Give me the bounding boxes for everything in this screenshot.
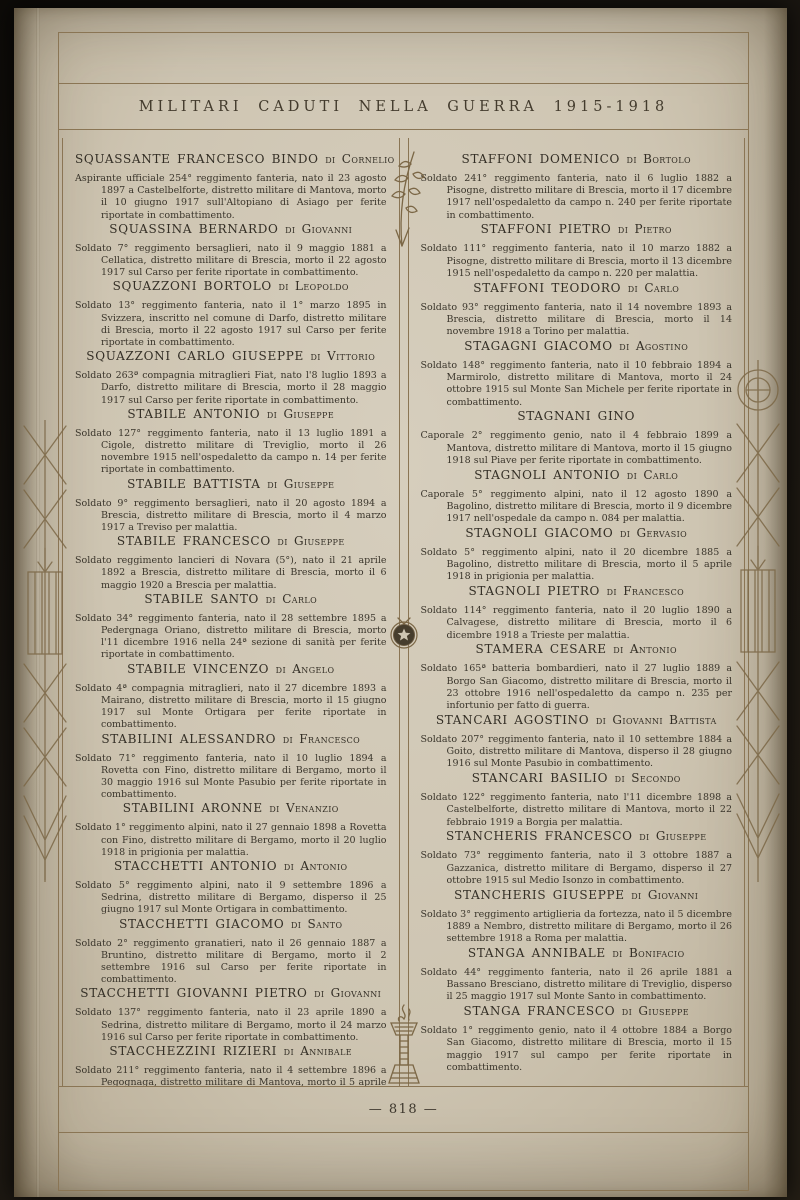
soldier-name-heading: STANCARI AGOSTINO di Giovanni Battista xyxy=(421,713,733,727)
soldier-description: Soldato reggimento lancieri di Novara (5… xyxy=(75,555,387,592)
soldier-entry: STACCHETTI GIOVANNI PIETRO di GiovanniSo… xyxy=(75,986,387,1044)
soldier-patronymic: di Gervasio xyxy=(620,526,687,540)
soldier-name: STANGA FRANCESCO xyxy=(464,1004,616,1018)
soldier-description: Soldato 1° reggimento alpini, nato il 27… xyxy=(75,822,387,859)
soldier-description: Soldato 1° reggimento genio, nato il 4 o… xyxy=(421,1025,733,1074)
soldier-name-heading: STAGNOLI GIACOMO di Gervasio xyxy=(421,526,733,540)
soldier-description: Caporale 5° reggimento alpini, nato il 1… xyxy=(421,489,733,526)
soldier-name-heading: SQUASSANTE FRANCESCO BINDO di Cornelio xyxy=(75,152,387,166)
page-crease xyxy=(36,8,40,1197)
soldier-description: Soldato 7° reggimento bersaglieri, nato … xyxy=(75,243,387,280)
soldier-name-heading: STACCHETTI GIOVANNI PIETRO di Giovanni xyxy=(75,986,387,1000)
soldier-name-heading: STACCHETTI GIACOMO di Santo xyxy=(75,917,387,931)
soldier-name: STAMERA CESARE xyxy=(476,642,607,656)
soldier-description: Soldato 5° reggimento alpini, nato il 9 … xyxy=(75,880,387,917)
soldier-description: Soldato 263ª compagnia mitraglieri Fiat,… xyxy=(75,370,387,407)
soldier-patronymic: di Antonio xyxy=(284,859,348,873)
soldier-entry: SQUASSINA BERNARDO di GiovanniSoldato 7°… xyxy=(75,222,387,280)
soldier-name: STACCHETTI GIACOMO xyxy=(119,917,284,931)
soldier-description: Soldato 241° reggimento fanteria, nato i… xyxy=(421,173,733,222)
soldier-entry: STACCHEZZINI RIZIERI di AnnibaleSoldato … xyxy=(75,1044,387,1086)
soldier-patronymic: di Vittorio xyxy=(310,349,375,363)
soldier-description: Soldato 4ª compagnia mitraglieri, nato i… xyxy=(75,683,387,732)
soldier-entry: STANCARI BASILIO di SecondoSoldato 122° … xyxy=(421,771,733,829)
soldier-entry: STAFFONI PIETRO di PietroSoldato 111° re… xyxy=(421,222,733,280)
soldier-name: SQUAZZONI CARLO GIUSEPPE xyxy=(86,349,304,363)
page-number: — 818 — xyxy=(369,1102,439,1117)
soldier-description: Soldato 114° reggimento fanteria, nato i… xyxy=(421,605,733,642)
soldier-entry: STANCHERIS FRANCESCO di GiuseppeSoldato … xyxy=(421,829,733,887)
soldier-name-heading: STACCHETTI ANTONIO di Antonio xyxy=(75,859,387,873)
soldier-entry: STAGNOLI GIACOMO di GervasioSoldato 5° r… xyxy=(421,526,733,584)
soldier-patronymic: di Giuseppe xyxy=(267,477,334,491)
soldier-entry: STACCHETTI GIACOMO di SantoSoldato 2° re… xyxy=(75,917,387,987)
soldier-entry: STABILE VINCENZO di AngeloSoldato 4ª com… xyxy=(75,662,387,732)
soldier-name: STANCHERIS GIUSEPPE xyxy=(454,888,625,902)
soldier-name: STAGNOLI PIETRO xyxy=(468,584,600,598)
soldier-entry: STAGAGNI GIACOMO di AgostinoSoldato 148°… xyxy=(421,339,733,409)
soldier-name: STANCARI AGOSTINO xyxy=(436,713,589,727)
soldier-patronymic: di Bortolo xyxy=(627,152,691,166)
soldier-description: Soldato 5° reggimento alpini, nato il 20… xyxy=(421,547,733,584)
soldier-name: STAFFONI TEODORO xyxy=(473,281,621,295)
page-footer: — 818 — xyxy=(58,1086,749,1133)
main-content-inner: SQUASSANTE FRANCESCO BINDO di CornelioAs… xyxy=(62,138,745,1086)
soldier-patronymic: di Giovanni xyxy=(631,888,698,902)
soldier-entry: STABILE SANTO di CarloSoldato 34° reggim… xyxy=(75,592,387,662)
soldier-name: STAGNOLI ANTONIO xyxy=(474,468,620,482)
soldier-description: Soldato 71° reggimento fanteria, nato il… xyxy=(75,753,387,802)
soldier-patronymic: di Giuseppe xyxy=(277,534,344,548)
soldier-description: Soldato 73° reggimento fanteria, nato il… xyxy=(421,850,733,887)
soldier-name: STABILE SANTO xyxy=(144,592,259,606)
book-page: MILITARI CADUTI NELLA GUERRA 1915-1918 S… xyxy=(14,8,787,1197)
soldier-name: STAFFONI DOMENICO xyxy=(462,152,620,166)
soldier-entry: STABILINI ARONNE di VenanzioSoldato 1° r… xyxy=(75,801,387,859)
left-column: SQUASSANTE FRANCESCO BINDO di CornelioAs… xyxy=(63,138,399,1086)
soldier-name-heading: STACCHEZZINI RIZIERI di Annibale xyxy=(75,1044,387,1058)
soldier-name-heading: SQUAZZONI CARLO GIUSEPPE di Vittorio xyxy=(75,349,387,363)
soldier-patronymic: di Secondo xyxy=(615,771,681,785)
soldier-patronymic: di Antonio xyxy=(613,642,677,656)
page-header: MILITARI CADUTI NELLA GUERRA 1915-1918 xyxy=(58,83,749,130)
soldier-description: Soldato 165ª batteria bombardieri, nato … xyxy=(421,663,733,712)
soldier-name-heading: STANGA ANNIBALE di Bonifacio xyxy=(421,946,733,960)
soldier-patronymic: di Giovanni Battista xyxy=(596,713,717,727)
soldier-name: STAFFONI PIETRO xyxy=(481,222,612,236)
soldier-name: STABILE BATTISTA xyxy=(127,477,261,491)
soldier-patronymic: di Carlo xyxy=(266,592,317,606)
soldier-description: Soldato 111° reggimento fanteria, nato i… xyxy=(421,243,733,280)
soldier-description: Soldato 2° reggimento granatieri, nato i… xyxy=(75,938,387,987)
soldier-name-heading: SQUAZZONI BORTOLO di Leopoldo xyxy=(75,279,387,293)
column-divider-rule xyxy=(399,138,409,1086)
soldier-name-heading: STAGNOLI ANTONIO di Carlo xyxy=(421,468,733,482)
soldier-patronymic: di Venanzio xyxy=(269,801,338,815)
soldier-name-heading: STABILINI ARONNE di Venanzio xyxy=(75,801,387,815)
soldier-description: Soldato 211° reggimento fanteria, nato i… xyxy=(75,1065,387,1086)
soldier-entry: STABILE ANTONIO di GiuseppeSoldato 127° … xyxy=(75,407,387,477)
soldier-description: Soldato 9° reggimento bersaglieri, nato … xyxy=(75,498,387,535)
soldier-entry: STAGNOLI ANTONIO di CarloCaporale 5° reg… xyxy=(421,468,733,526)
soldier-name-heading: STAMERA CESARE di Antonio xyxy=(421,642,733,656)
soldier-description: Soldato 93° reggimento fanteria, nato il… xyxy=(421,302,733,339)
soldier-name-heading: SQUASSINA BERNARDO di Giovanni xyxy=(75,222,387,236)
soldier-name-heading: STABILE BATTISTA di Giuseppe xyxy=(75,477,387,491)
soldier-entry: STABILINI ALESSANDRO di FrancescoSoldato… xyxy=(75,732,387,802)
soldier-name: STABILE ANTONIO xyxy=(127,407,260,421)
main-content-frame: SQUASSANTE FRANCESCO BINDO di CornelioAs… xyxy=(58,138,749,1087)
soldier-description: Soldato 3° reggimento artiglieria da for… xyxy=(421,909,733,946)
soldier-name: SQUASSINA BERNARDO xyxy=(109,222,278,236)
soldier-name-heading: STANCARI BASILIO di Secondo xyxy=(421,771,733,785)
soldier-name: STAGAGNI GIACOMO xyxy=(464,339,612,353)
soldier-patronymic: di Giovanni xyxy=(314,986,381,1000)
soldier-patronymic: di Bonifacio xyxy=(612,946,684,960)
page-title: MILITARI CADUTI NELLA GUERRA 1915-1918 xyxy=(139,99,669,115)
soldier-description: Caporale 2° reggimento genio, nato il 4 … xyxy=(421,430,733,467)
soldier-entry: STANCHERIS GIUSEPPE di GiovanniSoldato 3… xyxy=(421,888,733,946)
soldier-name: STABILE VINCENZO xyxy=(127,662,269,676)
soldier-name-heading: STABILE VINCENZO di Angelo xyxy=(75,662,387,676)
soldier-description: Aspirante ufficiale 254° reggimento fant… xyxy=(75,173,387,222)
soldier-name-heading: STAFFONI PIETRO di Pietro xyxy=(421,222,733,236)
soldier-name-heading: STAGAGNI GIACOMO di Agostino xyxy=(421,339,733,353)
soldier-patronymic: di Cornelio xyxy=(325,152,394,166)
soldier-description: Soldato 148° reggimento fanteria, nato i… xyxy=(421,360,733,409)
soldier-entry: STAGNANI GINOCaporale 2° reggimento geni… xyxy=(421,409,733,467)
soldier-patronymic: di Giovanni xyxy=(285,222,352,236)
soldier-name-heading: STANCHERIS GIUSEPPE di Giovanni xyxy=(421,888,733,902)
soldier-name-heading: STABILE ANTONIO di Giuseppe xyxy=(75,407,387,421)
soldier-description: Soldato 34° reggimento fanteria, nato il… xyxy=(75,613,387,662)
soldier-patronymic: di Annibale xyxy=(284,1044,352,1058)
soldier-name-heading: STANCHERIS FRANCESCO di Giuseppe xyxy=(421,829,733,843)
soldier-name-heading: STANGA FRANCESCO di Giuseppe xyxy=(421,1004,733,1018)
soldier-entry: SQUASSANTE FRANCESCO BINDO di CornelioAs… xyxy=(75,152,387,222)
soldier-name: STABILE FRANCESCO xyxy=(117,534,271,548)
soldier-entry: STAFFONI TEODORO di CarloSoldato 93° reg… xyxy=(421,281,733,339)
soldier-entry: STAFFONI DOMENICO di BortoloSoldato 241°… xyxy=(421,152,733,222)
soldier-entry: STANGA ANNIBALE di BonifacioSoldato 44° … xyxy=(421,946,733,1004)
soldier-name-heading: STAFFONI DOMENICO di Bortolo xyxy=(421,152,733,166)
soldier-entry: SQUAZZONI BORTOLO di LeopoldoSoldato 13°… xyxy=(75,279,387,349)
soldier-patronymic: di Carlo xyxy=(627,468,678,482)
soldier-name-heading: STAGNANI GINO xyxy=(421,409,733,423)
soldier-patronymic: di Pietro xyxy=(618,222,672,236)
soldier-patronymic: di Francesco xyxy=(607,584,684,598)
soldier-patronymic: di Giuseppe xyxy=(622,1004,689,1018)
soldier-entry: STANGA FRANCESCO di GiuseppeSoldato 1° r… xyxy=(421,1004,733,1074)
soldier-name: SQUAZZONI BORTOLO xyxy=(113,279,272,293)
soldier-name-heading: STAGNOLI PIETRO di Francesco xyxy=(421,584,733,598)
soldier-patronymic: di Agostino xyxy=(619,339,688,353)
soldier-name: STANGA ANNIBALE xyxy=(468,946,606,960)
soldier-name: STAGNOLI GIACOMO xyxy=(465,526,613,540)
soldier-entry: STABILE BATTISTA di GiuseppeSoldato 9° r… xyxy=(75,477,387,535)
soldier-name-heading: STAFFONI TEODORO di Carlo xyxy=(421,281,733,295)
soldier-entry: SQUAZZONI CARLO GIUSEPPE di VittorioSold… xyxy=(75,349,387,407)
soldier-name: STACCHEZZINI RIZIERI xyxy=(109,1044,277,1058)
soldier-patronymic: di Francesco xyxy=(283,732,360,746)
soldier-description: Soldato 122° reggimento fanteria, nato l… xyxy=(421,792,733,829)
soldier-patronymic: di Giuseppe xyxy=(639,829,706,843)
soldier-entry: STABILE FRANCESCO di GiuseppeSoldato reg… xyxy=(75,534,387,592)
soldier-name: STACCHETTI ANTONIO xyxy=(114,859,277,873)
soldier-patronymic: di Leopoldo xyxy=(278,279,348,293)
soldier-patronymic: di Giuseppe xyxy=(267,407,334,421)
soldier-description: Soldato 13° reggimento fanteria, nato il… xyxy=(75,300,387,349)
soldier-entry: STAGNOLI PIETRO di FrancescoSoldato 114°… xyxy=(421,584,733,642)
soldier-patronymic: di Carlo xyxy=(628,281,679,295)
soldier-name: SQUASSANTE FRANCESCO BINDO xyxy=(75,152,319,166)
soldier-name: STACCHETTI GIOVANNI PIETRO xyxy=(80,986,307,1000)
soldier-description: Soldato 207° reggimento fanteria, nato i… xyxy=(421,734,733,771)
right-column: STAFFONI DOMENICO di BortoloSoldato 241°… xyxy=(409,138,745,1086)
soldier-entry: STAMERA CESARE di AntonioSoldato 165ª ba… xyxy=(421,642,733,712)
soldier-description: Soldato 137° reggimento fanteria, nato i… xyxy=(75,1007,387,1044)
soldier-name-heading: STABILINI ALESSANDRO di Francesco xyxy=(75,732,387,746)
soldier-name-heading: STABILE FRANCESCO di Giuseppe xyxy=(75,534,387,548)
soldier-description: Soldato 127° reggimento fanteria, nato i… xyxy=(75,428,387,477)
soldier-name: STANCARI BASILIO xyxy=(472,771,608,785)
soldier-entry: STACCHETTI ANTONIO di AntonioSoldato 5° … xyxy=(75,859,387,917)
scanned-book-photo: { "page": { "title": "MILITARI CADUTI NE… xyxy=(0,0,800,1200)
soldier-description: Soldato 44° reggimento fanteria, nato il… xyxy=(421,967,733,1004)
soldier-entry: STANCARI AGOSTINO di Giovanni BattistaSo… xyxy=(421,713,733,771)
soldier-name: STABILINI ARONNE xyxy=(123,801,263,815)
soldier-patronymic: di Angelo xyxy=(276,662,335,676)
soldier-patronymic: di Santo xyxy=(291,917,342,931)
soldier-name-heading: STABILE SANTO di Carlo xyxy=(75,592,387,606)
soldier-name: STAGNANI GINO xyxy=(517,409,635,423)
soldier-name: STANCHERIS FRANCESCO xyxy=(446,829,633,843)
soldier-name: STABILINI ALESSANDRO xyxy=(101,732,276,746)
